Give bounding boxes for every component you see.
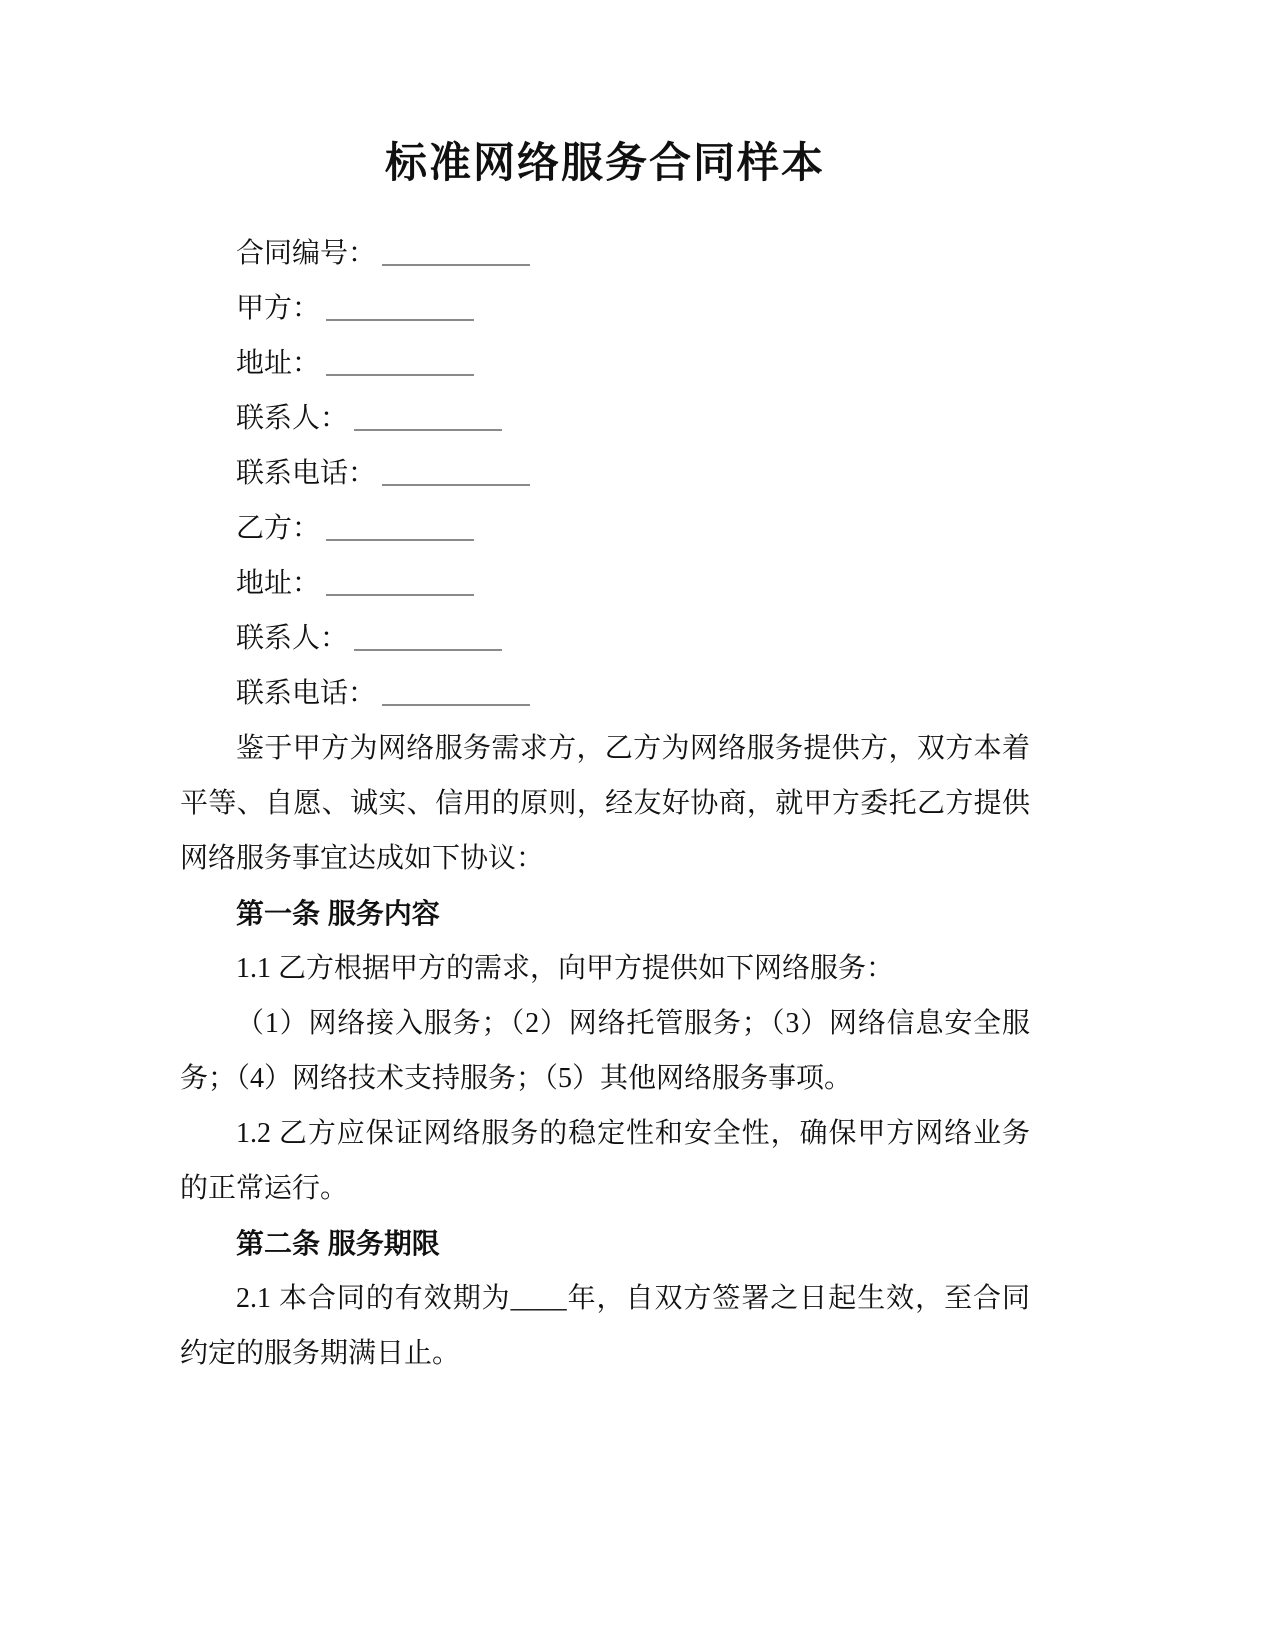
field-row-party-a-phone: 联系电话： [180,446,1030,501]
field-label: 地址： [236,568,320,599]
blank-line [354,621,502,651]
field-label: 地址： [236,348,320,379]
blank-line [326,566,474,596]
section-1-heading: 第一条 服务内容 [180,886,1030,941]
blank-line [326,511,474,541]
section-2-heading: 第二条 服务期限 [180,1216,1030,1271]
blank-line [326,346,474,376]
field-row-party-b: 乙方： [180,501,1030,556]
clause-2-1: 2.1 本合同的有效期为____年，自双方签署之日起生效，至合同约定的服务期满日… [180,1271,1030,1381]
field-label: 联系电话： [236,458,376,489]
field-row-party-a: 甲方： [180,281,1030,336]
field-row-party-b-address: 地址： [180,556,1030,611]
field-row-party-a-contact: 联系人： [180,391,1030,446]
document-title: 标准网络服务合同样本 [180,138,1030,190]
blank-line [382,456,530,486]
clause-1-1-items: （1）网络接入服务；（2）网络托管服务；（3）网络信息安全服务；（4）网络技术支… [180,996,1030,1106]
blank-line [382,676,530,706]
field-label: 联系电话： [236,678,376,709]
contract-content: 标准网络服务合同样本 合同编号： 甲方： 地址： 联系人： 联系电话： 乙方： … [180,0,1030,1381]
clause-1-2: 1.2 乙方应保证网络服务的稳定性和安全性，确保甲方网络业务的正常运行。 [180,1106,1030,1216]
field-label: 联系人： [236,623,348,654]
contract-page: 标准网络服务合同样本 合同编号： 甲方： 地址： 联系人： 联系电话： 乙方： … [0,0,1275,1650]
blank-line [354,401,502,431]
field-label: 甲方： [236,293,320,324]
preamble-paragraph: 鉴于甲方为网络服务需求方，乙方为网络服务提供方，双方本着平等、自愿、诚实、信用的… [180,721,1030,886]
field-label: 乙方： [236,513,320,544]
clause-1-1: 1.1 乙方根据甲方的需求，向甲方提供如下网络服务： [180,941,1030,996]
header-fields: 合同编号： 甲方： 地址： 联系人： 联系电话： 乙方： 地址： 联系人： 联系… [180,226,1030,721]
field-row-party-b-phone: 联系电话： [180,666,1030,721]
blank-line [326,291,474,321]
field-row-party-b-contact: 联系人： [180,611,1030,666]
field-label: 联系人： [236,403,348,434]
field-row-party-a-address: 地址： [180,336,1030,391]
field-label: 合同编号： [236,238,376,269]
field-row-contract-number: 合同编号： [180,226,1030,281]
blank-line [382,236,530,266]
